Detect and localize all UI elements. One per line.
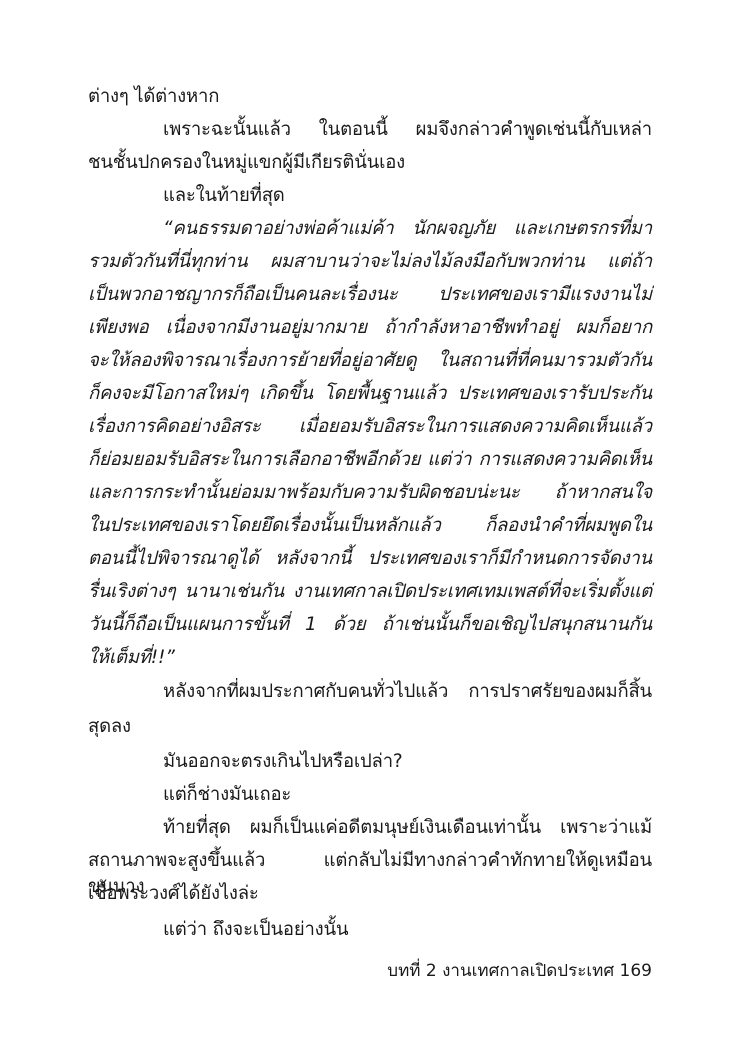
text-line: ท้ายที่สุด ผมก็เป็นแค่อดีตมนุษย์เงินเดือ… [163, 815, 652, 841]
quote-line: ก็คงจะมีโอกาสใหม่ๆ เกิดขึ้น โดยพื้นฐานแล… [88, 381, 652, 407]
text-line: ต่างๆ ได้ต่างหาก [88, 84, 652, 110]
text-line: แต่ก็ช่างมันเถอะ [163, 782, 652, 808]
text-line: เชื้อพระวงศ์ได้ยังไงล่ะ [88, 881, 652, 907]
quote-line: วันนี้ก็ถือเป็นแผนการขั้นที่ 1 ด้วย ถ้าเ… [88, 612, 652, 638]
quote-line: ก็ย่อมยอมรับอิสระในการเลือกอาชีพอีกด้วย … [88, 447, 652, 473]
quote-line: และการกระทำนั้นย่อมมาพร้อมกับความรับผิดช… [88, 480, 652, 506]
quote-line: ในประเทศของเราโดยยึดเรื่องนั้นเป็นหลักแล… [88, 513, 652, 539]
quote-line: เป็นพวกอาชญากรก็ถือเป็นคนละเรื่องนะ ประเ… [88, 282, 652, 308]
quote-line: เพียงพอ เนื่องจากมีงานอยู่มากมาย ถ้ากำลั… [88, 315, 652, 341]
text-line: สุดลง [88, 714, 652, 740]
quote-line: รื่นเริงต่างๆ นานาเช่นกัน งานเทศกาลเปิดป… [88, 579, 652, 605]
book-page: ต่างๆ ได้ต่างหาก เพราะฉะนั้นแล้ว ในตอนนี… [0, 0, 738, 1051]
text-line: และในท้ายที่สุด [163, 183, 652, 209]
quote-line: รวมตัวกันที่นี่ทุกท่าน ผมสาบานว่าจะไม่ลง… [88, 249, 652, 275]
quote-line: เรื่องการคิดอย่างอิสระ เมื่อยอมรับอิสระใ… [88, 414, 652, 440]
text-line: แต่ว่า ถึงจะเป็นอย่างนั้น [163, 917, 652, 943]
text-line: มันออกจะตรงเกินไปหรือเปล่า? [163, 749, 652, 775]
quote-line: “คนธรรมดาอย่างพ่อค้าแม่ค้า นักผจญภัย และ… [163, 216, 652, 242]
quote-line: ให้เต็มที่!!” [88, 645, 652, 671]
quote-line: ตอนนี้ไปพิจารณาดูได้ หลังจากนี้ ประเทศขอ… [88, 546, 652, 572]
quote-line: จะให้ลองพิจารณาเรื่องการย้ายที่อยู่อาศัย… [88, 348, 652, 374]
page-footer: บทที่ 2 งานเทศกาลเปิดประเทศ 169 [387, 957, 652, 984]
text-line: เพราะฉะนั้นแล้ว ในตอนนี้ ผมจึงกล่าวคำพูด… [163, 117, 652, 143]
text-line: ชนชั้นปกครองในหมู่แขกผู้มีเกียรตินั่นเอง [88, 150, 652, 176]
text-line: หลังจากที่ผมประกาศกับคนทั่วไปแล้ว การปรา… [163, 679, 652, 705]
